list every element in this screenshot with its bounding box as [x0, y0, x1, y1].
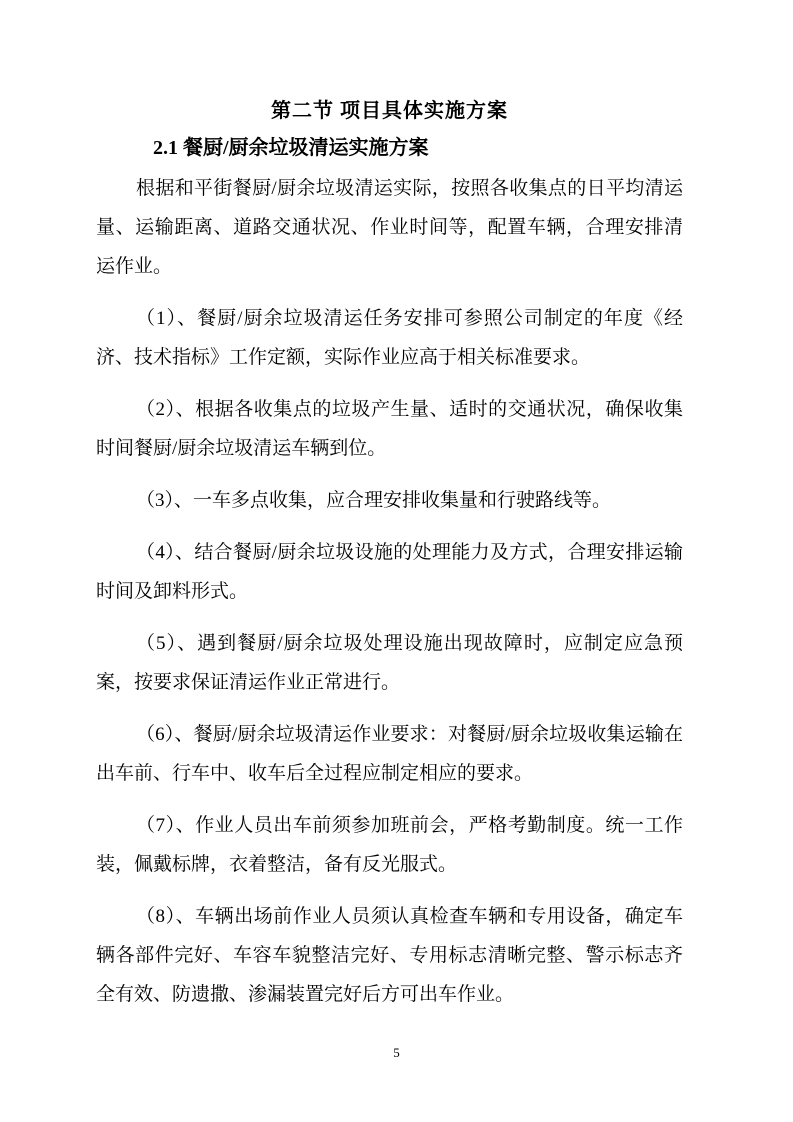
subsection-heading: 2.1 餐厨/厨余垃圾清运实施方案: [96, 133, 683, 163]
paragraph-item-8: （8）、车辆出场前作业人员须认真检查车辆和专用设备，确定车辆各部件完好、车容车貌…: [96, 897, 683, 1014]
document-body: 根据和平街餐厨/厨余垃圾清运实际，按照各收集点的日平均清运量、运输距离、道路交通…: [96, 169, 683, 1014]
paragraph-item-4: （4）、结合餐厨/厨余垃圾设施的处理能力及方式，合理安排运输时间及卸料形式。: [96, 533, 683, 611]
section-title: 第二节 项目具体实施方案: [96, 97, 683, 125]
paragraph-item-6: （6）、餐厨/厨余垃圾清运作业要求：对餐厨/厨余垃圾收集运输在出车前、行车中、收…: [96, 715, 683, 793]
paragraph-item-1: （1）、餐厨/厨余垃圾清运任务安排可参照公司制定的年度《经济、技术指标》工作定额…: [96, 299, 683, 377]
paragraph-item-7: （7）、作业人员出车前须参加班前会，严格考勤制度。统一工作装，佩戴标牌，衣着整洁…: [96, 806, 683, 884]
paragraph-intro: 根据和平街餐厨/厨余垃圾清运实际，按照各收集点的日平均清运量、运输距离、道路交通…: [96, 169, 683, 286]
paragraph-item-2: （2）、根据各收集点的垃圾产生量、适时的交通状况，确保收集时间餐厨/厨余垃圾清运…: [96, 390, 683, 468]
paragraph-item-3: （3）、一车多点收集，应合理安排收集量和行驶路线等。: [96, 481, 683, 520]
page-number: 5: [0, 1045, 793, 1060]
paragraph-item-5: （5）、遇到餐厨/厨余垃圾处理设施出现故障时，应制定应急预案，按要求保证清运作业…: [96, 624, 683, 702]
document-page: 第二节 项目具体实施方案 2.1 餐厨/厨余垃圾清运实施方案 根据和平街餐厨/厨…: [0, 0, 793, 1122]
